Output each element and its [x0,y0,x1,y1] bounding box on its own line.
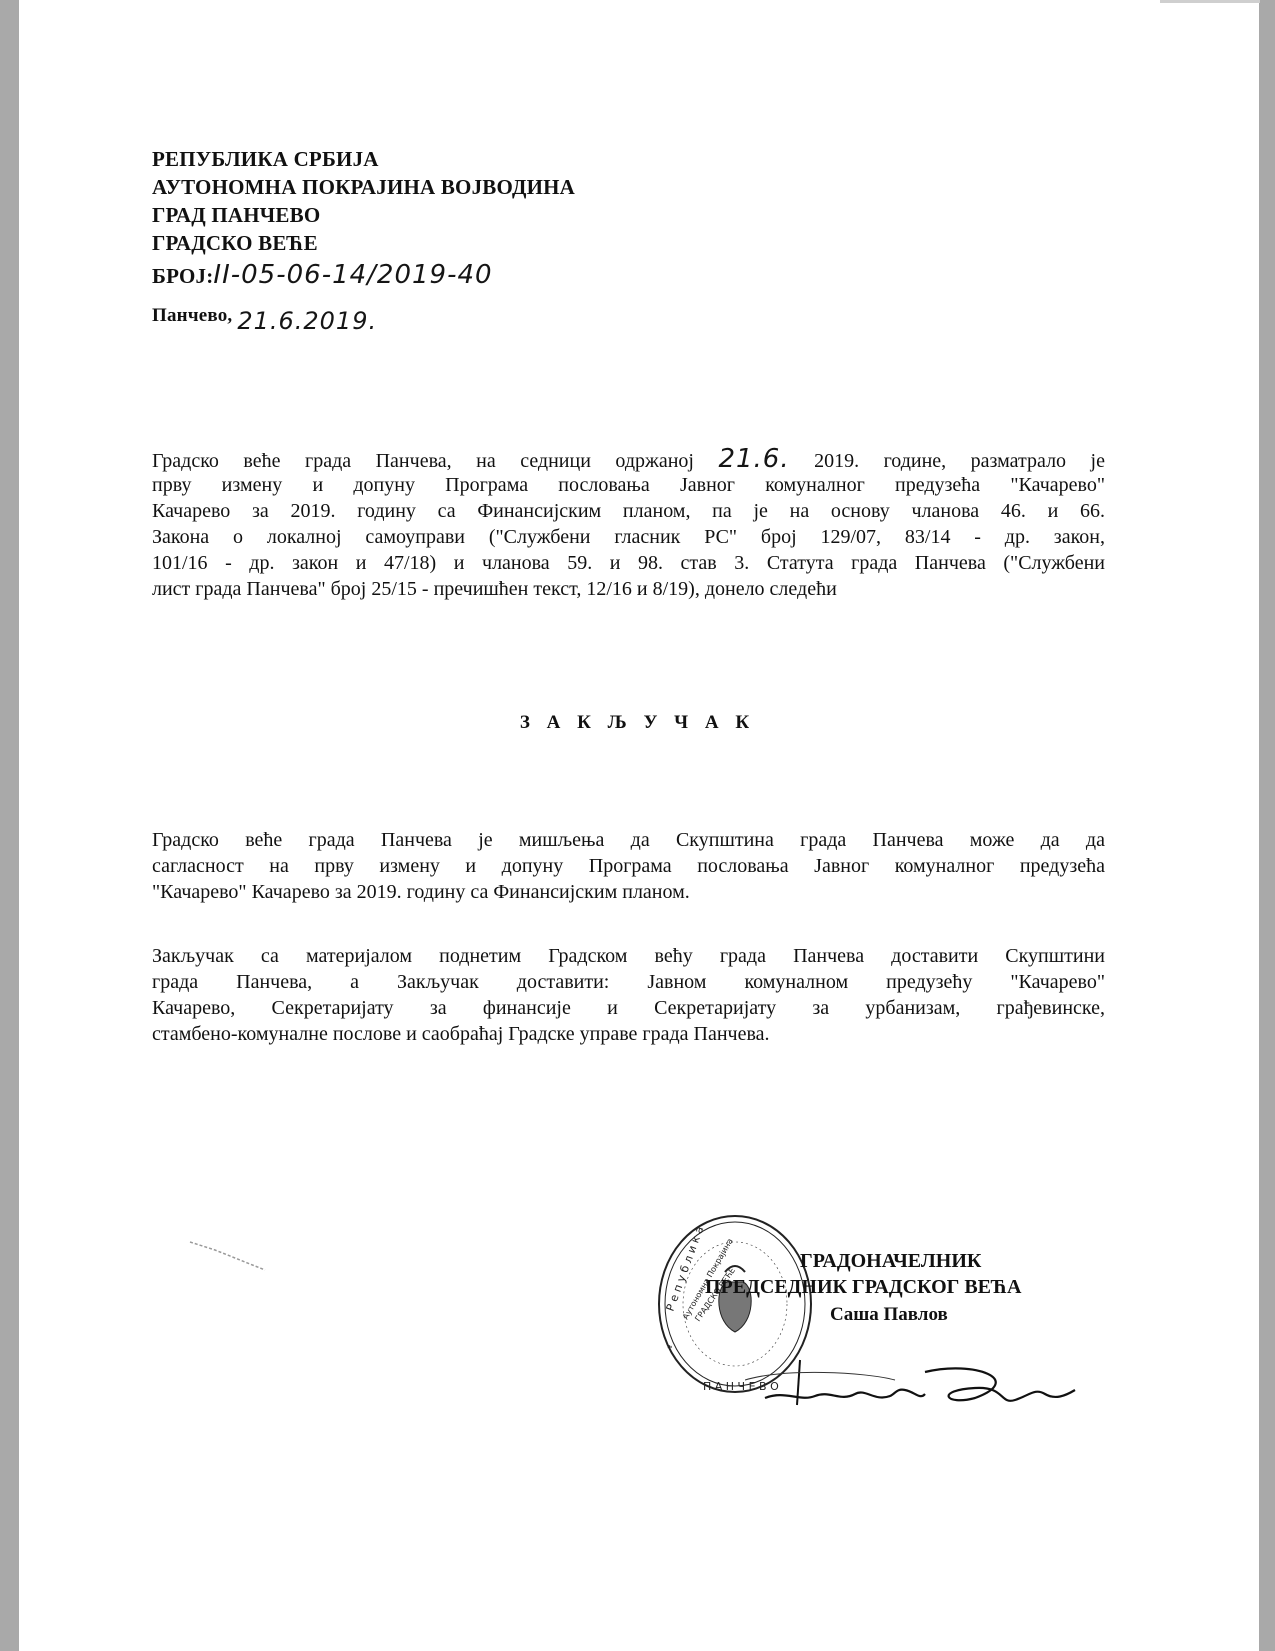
document-number: БРОЈ:II-05-06-14/2019-40 [152,262,493,290]
conclusion-line-3: "Качарево" Качарево за 2019. годину са Ф… [152,880,1105,905]
document-number-label: БРОЈ: [152,264,213,288]
intro-line-6: лист града Панчева" број 25/15 - пречишћ… [152,577,1105,602]
intro-line-2: прву измену и допуну Програма пословања … [152,473,1105,498]
document-title: З А К Љ У Ч А К [0,712,1275,734]
intro-line-1: Градско веће града Панчева, на седници о… [152,447,1105,474]
handwritten-signature-icon [745,1350,1085,1420]
delivery-line-3: Качарево, Секретаријату за финансије и С… [152,996,1105,1021]
delivery-line-4: стамбено-комуналне послове и саобраћај Г… [152,1022,1105,1047]
header-city: ГРАД ПАНЧЕВО [152,202,320,229]
svg-text:*: * [667,1343,673,1355]
intro-line-5: 101/16 - др. закон и 47/18) и чланова 59… [152,551,1105,576]
conclusion-line-2: сагласност на прву измену и допуну Прогр… [152,854,1105,879]
intro-line-3: Качарево за 2019. годину са Финансијским… [152,499,1105,524]
signature-title-president: ПРЕДСЕДНИК ГРАДСКОГ ВЕЋА [705,1275,1021,1299]
date-handwritten: 21.6.2019. [237,307,377,335]
place-label: Панчево, [152,305,232,326]
delivery-line-2: града Панчева, а Закључак доставити: Јав… [152,970,1105,995]
intro-text: Градско веће града Панчева, на седници о… [152,450,718,472]
document-date: Панчево, 21.6.2019. [152,300,377,329]
document-number-handwritten: II-05-06-14/2019-40 [213,260,492,290]
conclusion-line-1: Градско веће града Панчева је мишљења да… [152,828,1105,853]
signature-title-mayor: ГРАДОНАЧЕЛНИК [800,1249,981,1273]
header-province: АУТОНОМНА ПОКРАЈИНА ВОЈВОДИНА [152,174,575,201]
scan-artifact [185,1238,285,1278]
header-republic: РЕПУБЛИКА СРБИЈА [152,146,379,173]
signatory-name: Саша Павлов [830,1303,948,1327]
intro-line-4: Закона о локалној самоуправи ("Службени … [152,525,1105,550]
delivery-line-1: Закључак са материјалом поднетим Градско… [152,944,1105,969]
header-council: ГРАДСКО ВЕЋЕ [152,230,318,257]
scan-edge [1160,0,1260,3]
intro-text: 2019. године, разматрало је [790,450,1105,472]
session-date-handwritten: 21.6. [718,444,789,474]
